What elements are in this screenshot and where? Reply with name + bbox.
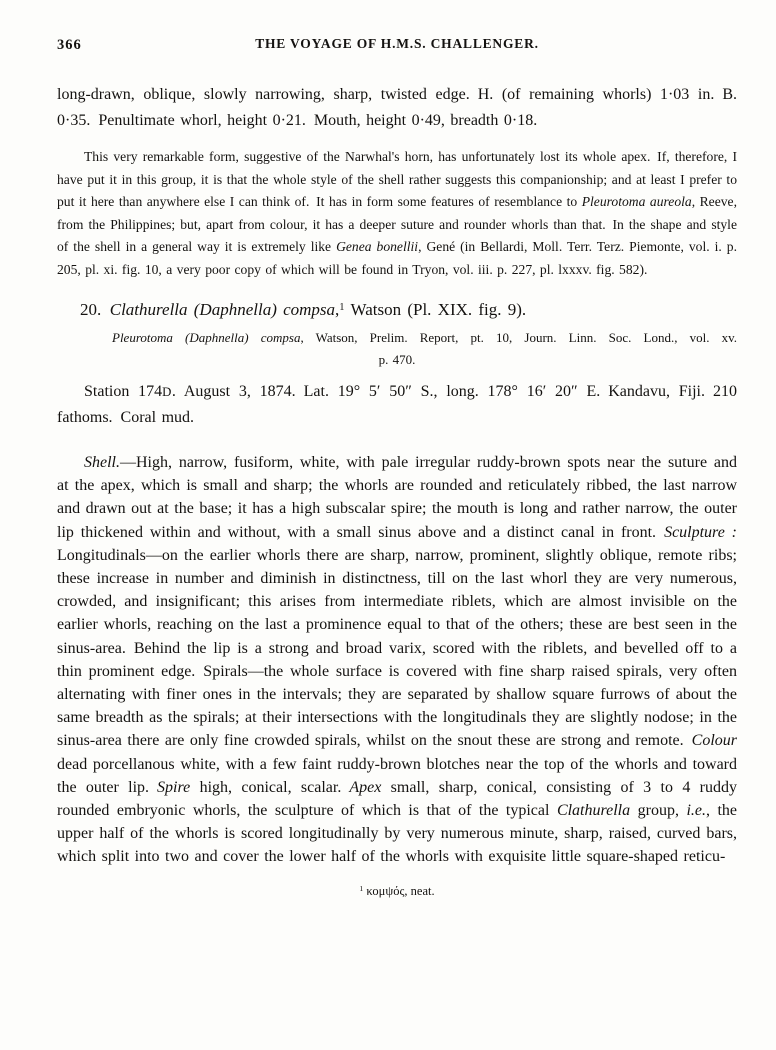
station-paragraph: Station 174D. August 3, 1874. Lat. 19° 5… <box>57 379 737 431</box>
citation-line-2: p. 470. <box>57 349 737 371</box>
citation-line-1: Pleurotoma (Daphnella) compsa, Watson, P… <box>112 327 737 349</box>
running-title: THE VOYAGE OF H.M.S. CHALLENGER. <box>57 36 737 52</box>
continuation-paragraph: long-drawn, oblique, slowly narrowing, s… <box>57 82 737 134</box>
page-header: 366 THE VOYAGE OF H.M.S. CHALLENGER. <box>57 36 737 56</box>
description-paragraph: Shell.—High, narrow, fusiform, white, wi… <box>57 451 737 869</box>
synonymy-citation: Pleurotoma (Daphnella) compsa, Watson, P… <box>57 327 737 371</box>
page-number: 366 <box>57 37 82 54</box>
footnote: 1 κομψός, neat. <box>57 881 737 901</box>
species-heading: 20. Clathurella (Daphnella) compsa,1 Wat… <box>80 297 737 323</box>
book-page: 366 THE VOYAGE OF H.M.S. CHALLENGER. lon… <box>0 0 776 1050</box>
remark-paragraph: This very remarkable form, suggestive of… <box>57 146 737 281</box>
